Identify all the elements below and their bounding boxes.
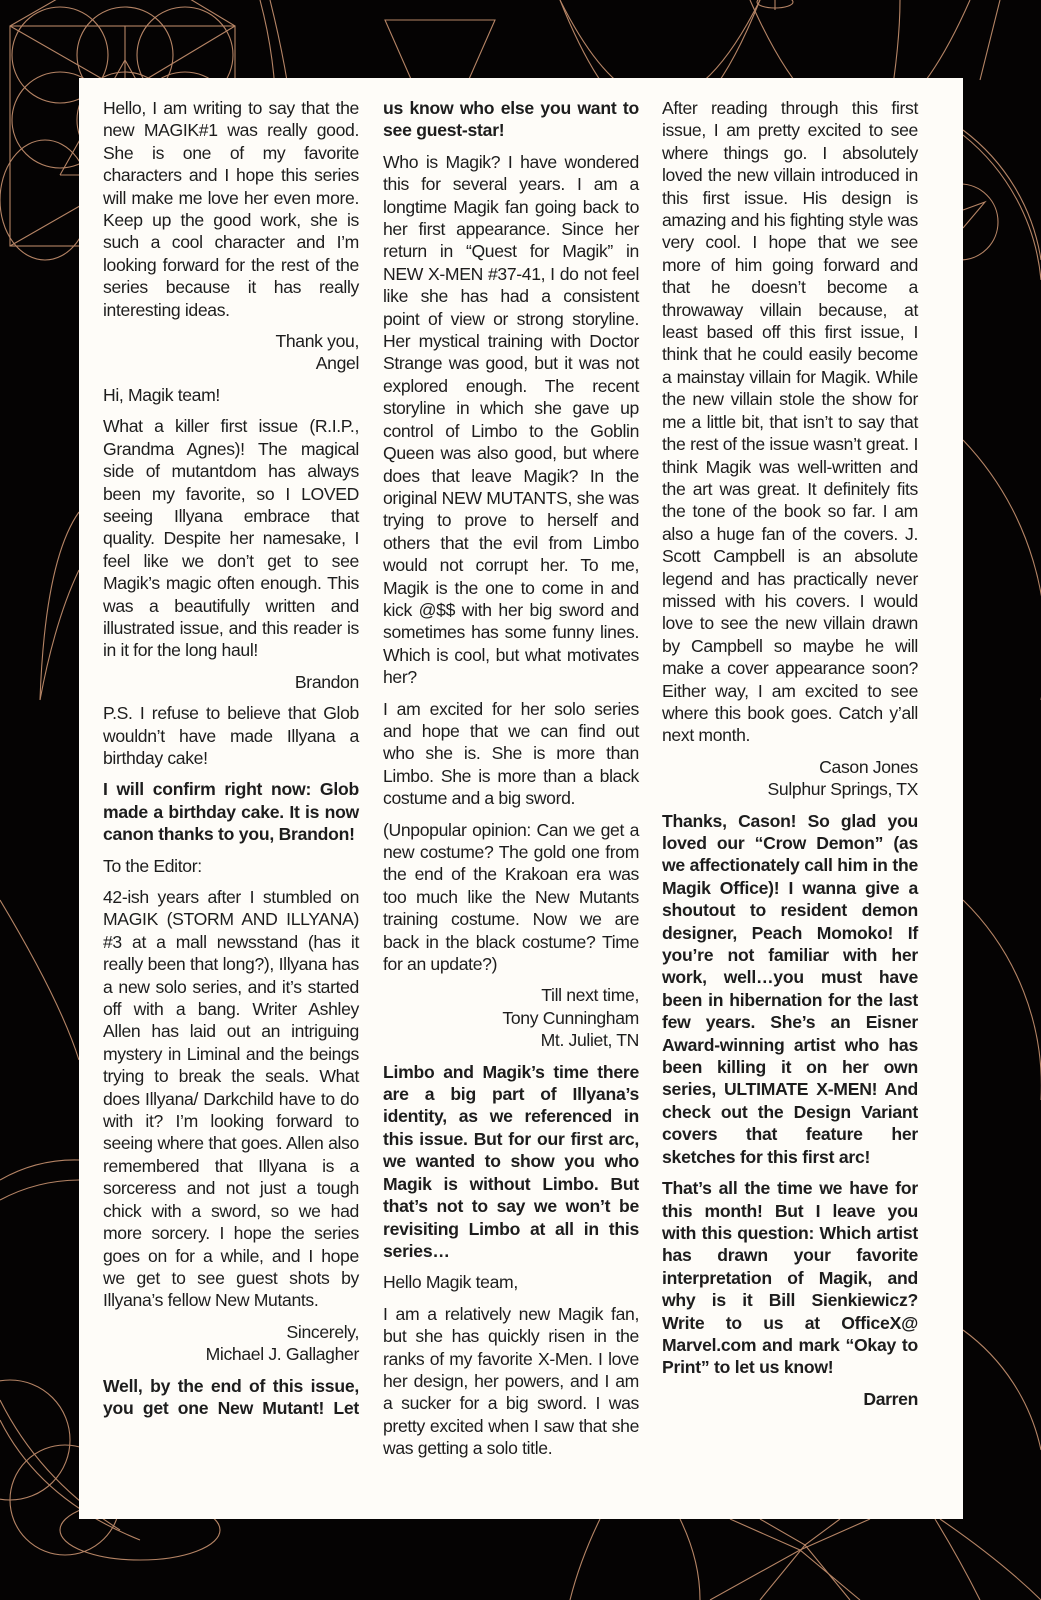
letter-signature: Cason Jones Sulphur Springs, TX	[662, 756, 918, 801]
signature-name: Michael J. Gallagher	[103, 1343, 359, 1365]
editor-closing: That’s all the time we have for this mon…	[662, 1177, 918, 1379]
letter-greeting: Hi, Magik team!	[103, 384, 359, 406]
letter-paragraph: (Unpopular opinion: Can we get a new cos…	[383, 819, 639, 976]
editor-reply: Thanks, Cason! So glad you loved our “Cr…	[662, 810, 918, 1169]
letter-paragraph: 42-ish years after I stumbled on MAGIK (…	[103, 886, 359, 1312]
letter-signature: Brandon	[103, 671, 359, 693]
editor-signature: Darren	[662, 1388, 918, 1410]
letters-column-2: us know who else you want to see guest-s…	[383, 97, 639, 1469]
letter-greeting: Hello Magik team,	[383, 1271, 639, 1293]
signature-name: Brandon	[103, 671, 359, 693]
letter-paragraph: Hello, I am writing to say that the new …	[103, 97, 359, 321]
letter-postscript: P.S. I refuse to believe that Glob would…	[103, 702, 359, 769]
signature-name: Cason Jones	[662, 756, 918, 778]
letters-column-3: After reading through this first issue, …	[662, 97, 918, 1419]
letter-signature: Sincerely, Michael J. Gallagher	[103, 1321, 359, 1366]
signature-location: Sulphur Springs, TX	[662, 778, 918, 800]
editor-reply: Well, by the end of this issue, you get …	[103, 1375, 359, 1420]
letter-paragraph: I am a relatively new Magik fan, but she…	[383, 1303, 639, 1460]
editor-name: Darren	[662, 1388, 918, 1410]
editor-reply-continued: us know who else you want to see guest-s…	[383, 97, 639, 142]
editor-reply: Limbo and Magik’s time there are a big p…	[383, 1061, 639, 1263]
signature-name: Angel	[103, 352, 359, 374]
letters-column-1: Hello, I am writing to say that the new …	[103, 97, 359, 1428]
editor-reply: I will confirm right now: Glob made a bi…	[103, 778, 359, 845]
letter-paragraph: What a killer first issue (R.I.P., Grand…	[103, 415, 359, 661]
signature-line: Sincerely,	[103, 1321, 359, 1343]
letter-paragraph: After reading through this first issue, …	[662, 97, 918, 747]
letter-signature: Till next time, Tony Cunningham Mt. Juli…	[383, 984, 639, 1051]
letter-signature: Thank you, Angel	[103, 330, 359, 375]
letter-paragraph: Who is Magik? I have wondered this for s…	[383, 151, 639, 689]
signature-line: Thank you,	[103, 330, 359, 352]
signature-line: Till next time,	[383, 984, 639, 1006]
letter-paragraph: I am excited for her solo series and hop…	[383, 698, 639, 810]
letters-page-panel: Hello, I am writing to say that the new …	[79, 78, 963, 1519]
letter-greeting: To the Editor:	[103, 855, 359, 877]
signature-name: Tony Cunningham	[383, 1007, 639, 1029]
signature-location: Mt. Juliet, TN	[383, 1029, 639, 1051]
